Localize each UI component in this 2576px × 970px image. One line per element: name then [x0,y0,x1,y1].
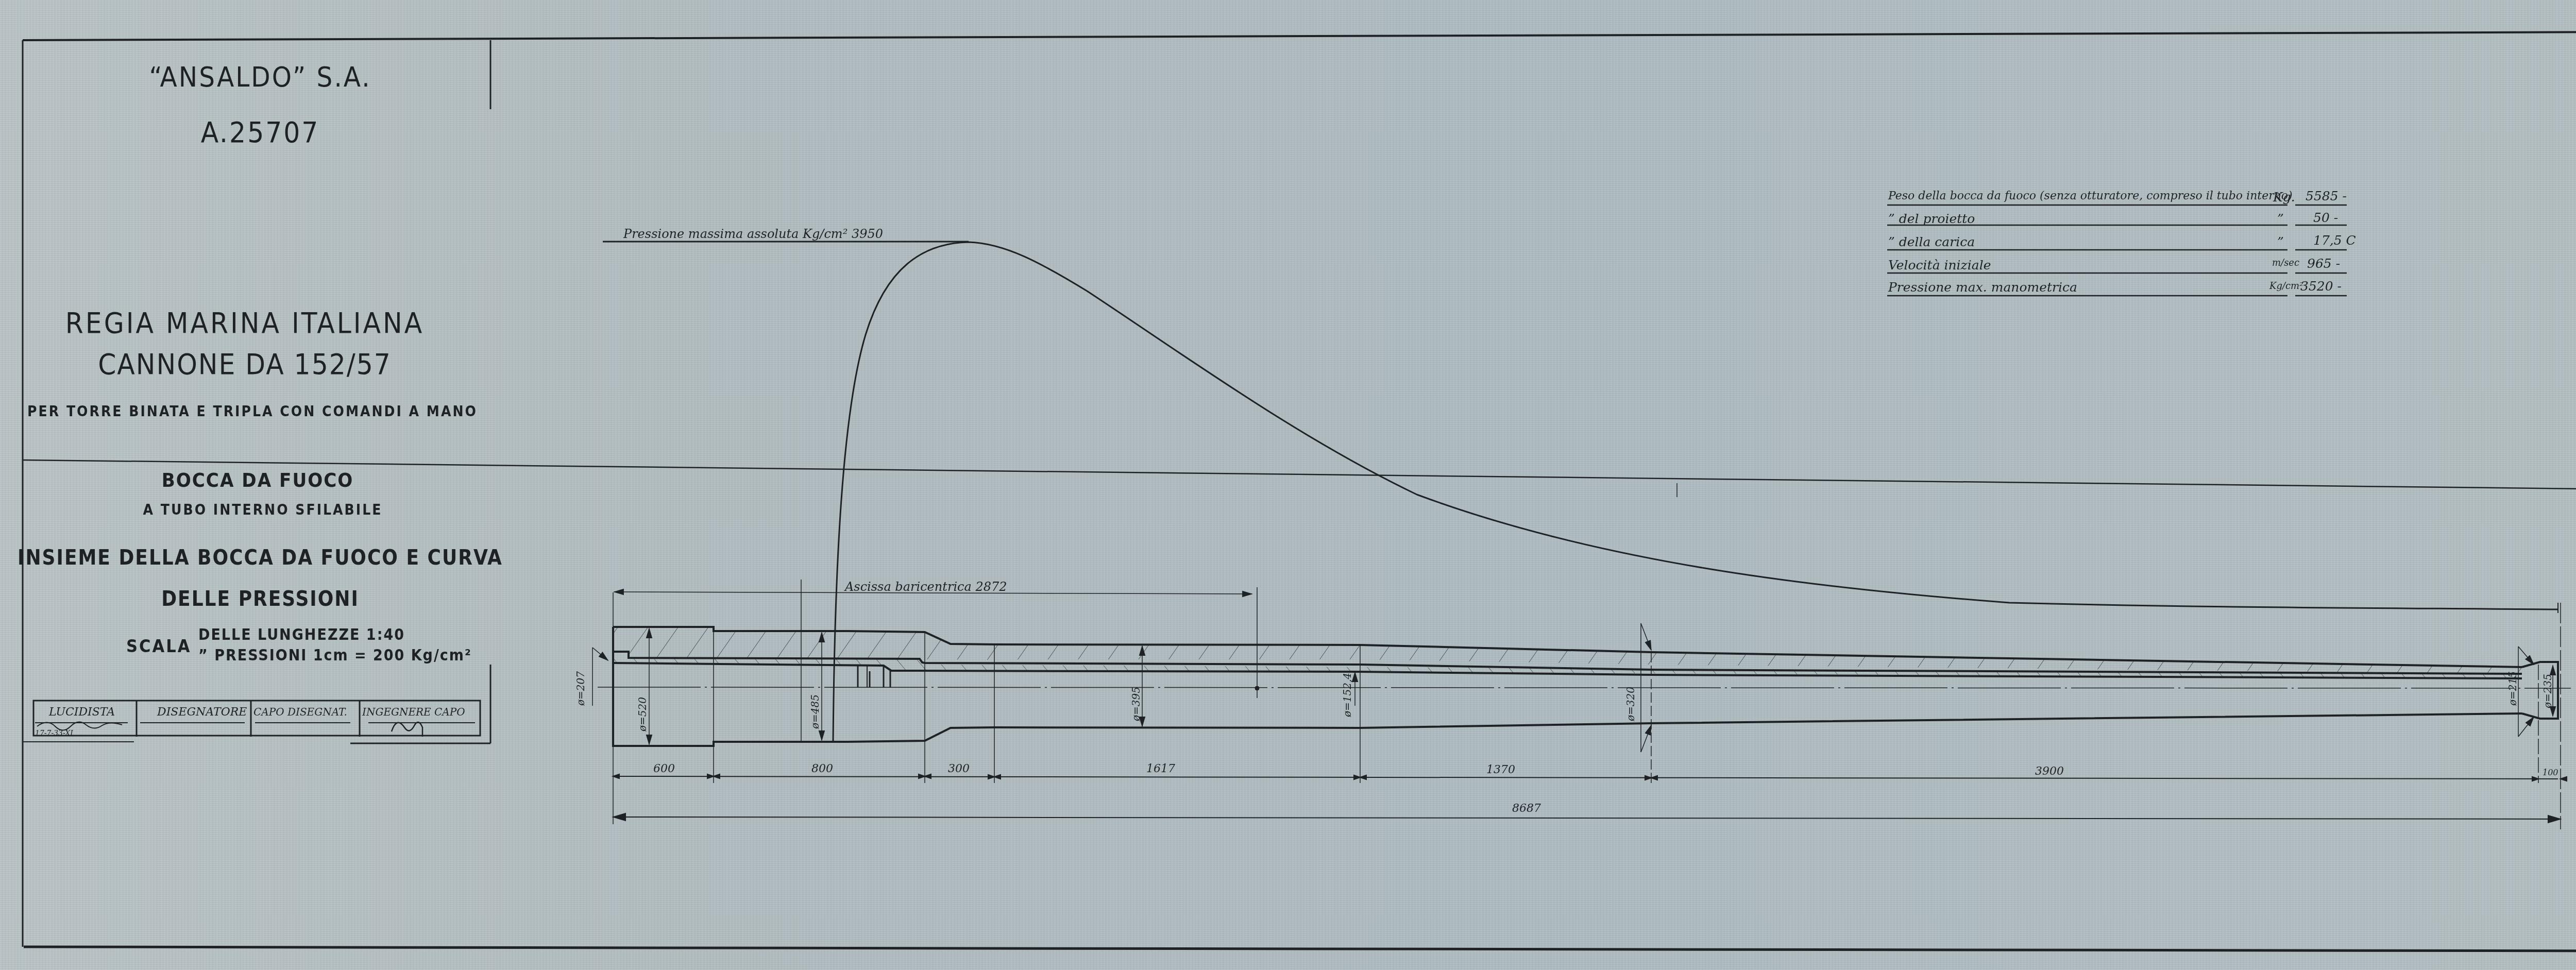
segment-length-800: 800 [811,762,833,775]
segment-length-100: 100 [2543,768,2558,777]
spec-unit-weight: Kg. [2273,190,2295,205]
scale-label: SCALA [126,636,191,657]
section-title: BOCCA DA FUOCO [162,469,354,491]
segment-length-3900: 3900 [2035,765,2064,778]
signature-header-lucidista: LUCIDISTA [49,706,115,719]
max-pressure-label: Pressione massima assoluta Kg/cm² 3950 [623,227,883,241]
centroid-label: Ascissa baricentrica 2872 [845,580,1007,594]
diameter-breech-bore: ø=207 [574,671,587,706]
spec-label-charge: ” della carica [1888,234,1975,249]
turret-note: PER TORRE BINATA E TRIPLA CON COMANDI A … [27,403,478,420]
segment-length-1370: 1370 [1486,763,1515,776]
sheet-frame [23,32,2576,953]
diameter-215: ø=215 [2506,671,2519,706]
spec-unit-pressure: Kg/cm² [2269,281,2303,292]
spec-unit-projectile: ” [2277,211,2284,226]
signature-header-disegnatore: DISEGNATORE [157,706,247,719]
diameter-395: ø=395 [1130,687,1142,721]
spec-value-charge: 17,5 C [2313,233,2356,248]
diameter-520: ø=520 [636,697,649,731]
assembly-title-line1: INSIEME DELLA BOCCA DA FUOCO E CURVA [18,546,503,570]
scale-pressures: ” PRESSIONI 1cm = 200 Kg/cm² [198,646,472,665]
diameter-152-4: ø=152,4 [1341,673,1353,717]
spec-value-pressure: 3520 - [2300,279,2342,294]
spec-value-projectile: 50 - [2313,210,2338,225]
spec-value-weight: 5585 - [2306,189,2347,203]
spec-label-pressure: Pressione max. manometrica [1888,280,2077,295]
spec-label-velocity: Velocità iniziale [1888,258,1991,273]
segment-length-1617: 1617 [1146,762,1175,775]
scale-lengths: DELLE LUNGHEZZE 1:40 [198,626,405,644]
organization-title: REGIA MARINA ITALIANA [65,307,424,340]
diameter-320: ø=320 [1624,687,1637,721]
diameter-485: ø=485 [809,694,821,729]
spec-label-weight: Peso della bocca da fuoco (senza otturat… [1888,190,2293,202]
spec-label-projectile: ” del proietto [1888,211,1975,226]
section-subtitle: A TUBO INTERNO SFILABILE [143,501,383,518]
gun-name: CANNONE DA 152/57 [98,348,392,381]
technical-drawing [0,0,2576,970]
diameter-235: ø=235 [2541,674,2554,708]
spec-value-velocity: 965 - [2307,256,2340,271]
assembly-title-line2: DELLE PRESSIONI [161,587,359,611]
company-name: “ANSALDO” S.A. [149,61,371,93]
segment-length-600: 600 [653,762,675,775]
lucidista-date: 17-7-33-XI [35,729,73,738]
signature-header-ingegnere-capo: INGEGNERE CAPO [362,706,465,718]
gun-barrel-section [592,580,2571,829]
spec-unit-charge: ” [2277,234,2284,249]
signature-header-capo-disegnatore: CAPO DISEGNAT. [253,706,347,718]
spec-unit-velocity: m/sec [2272,258,2299,268]
drawing-number: A.25707 [201,116,320,149]
segment-length-300: 300 [948,762,970,775]
overall-length: 8687 [1512,802,1541,815]
